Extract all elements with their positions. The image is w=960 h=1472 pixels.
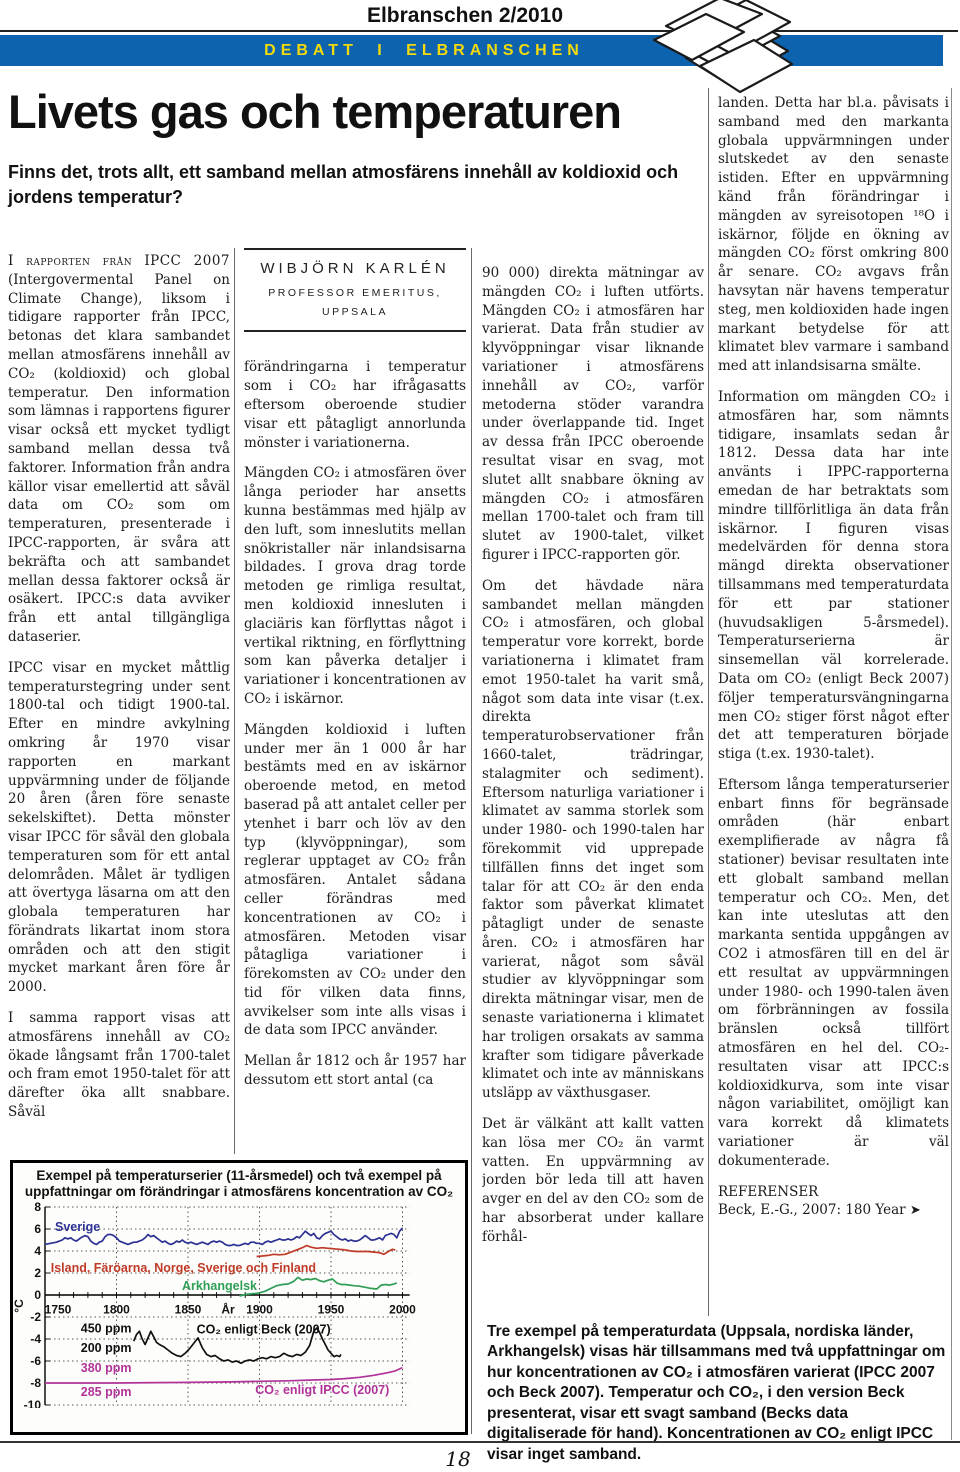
flying-papers-icon (648, 0, 803, 96)
svg-text:1850: 1850 (175, 1303, 202, 1317)
svg-text:1800: 1800 (103, 1303, 130, 1317)
lead-in: I rapporten från IPCC 2007 (8, 253, 230, 269)
paragraph: Mellan år 1812 och år 1957 har dessutom … (244, 1052, 466, 1090)
paragraph: IPCC visar en mycket måttlig temperaturs… (8, 659, 230, 997)
column-rule-1 (234, 248, 235, 1154)
body-column-1: I rapporten från IPCC 2007 (Intergoverme… (8, 252, 230, 1152)
svg-text:-6: -6 (30, 1354, 41, 1368)
byline-place: UPPSALA (244, 303, 466, 322)
svg-text:285 ppm: 285 ppm (81, 1386, 132, 1400)
page-number: 18 (0, 1447, 916, 1471)
reference-entry: Beck, E.-G., 2007: 180 Year ➤ (718, 1201, 949, 1221)
svg-text:2: 2 (34, 1266, 41, 1280)
chart-plot: 86420-2-4-6-8-10175018001850190019502000… (13, 1200, 459, 1408)
body-column-3: 90 000) direkta mätningar av mängden CO₂… (482, 252, 704, 1316)
article-title: Livets gas och temperaturen (8, 84, 621, 139)
paragraph: Information om mängden CO₂ i atmosfären … (718, 388, 949, 764)
column-rule-3 (708, 88, 709, 1316)
svg-text:-10: -10 (24, 1398, 42, 1408)
bottom-rule (0, 1441, 960, 1443)
byline-name: WIBJÖRN KARLÉN (244, 260, 466, 279)
paragraph: Eftersom långa temperaturserier enbart f… (718, 776, 949, 1171)
body-column-4: landen. Detta har bl.a. påvisats i samba… (718, 94, 949, 1318)
svg-text:Sverige: Sverige (55, 1221, 100, 1235)
svg-text:2000: 2000 (389, 1303, 416, 1317)
paragraph: landen. Detta har bl.a. påvisats i samba… (718, 94, 949, 376)
paragraph: Det är välkänt att kallt vatten kan lösa… (482, 1115, 704, 1247)
svg-text:-2: -2 (30, 1310, 41, 1324)
debate-banner-label: DEBATT I ELBRANSCHEN (264, 42, 584, 60)
paragraph: I samma rapport visas att atmosfärens in… (8, 1009, 230, 1122)
svg-text:200 ppm: 200 ppm (81, 1342, 132, 1356)
svg-text:Arkhangelsk: Arkhangelsk (182, 1279, 257, 1293)
svg-text:380 ppm: 380 ppm (81, 1361, 132, 1375)
svg-text:4: 4 (34, 1244, 41, 1258)
svg-text:°C: °C (13, 1299, 26, 1313)
svg-text:1750: 1750 (45, 1303, 72, 1317)
continued-arrow-icon: ➤ (910, 1203, 921, 1218)
issue-label: Elbranschen 2/2010 (367, 4, 563, 27)
svg-text:450 ppm: 450 ppm (81, 1322, 132, 1336)
masthead-rule (0, 30, 958, 32)
figure-caption: Tre exempel på temperaturdata (Uppsala, … (487, 1322, 947, 1465)
chart-title: Exempel på temperaturserier (11-årsmedel… (24, 1168, 454, 1200)
paragraph: Om det hävdade nära sambandet mellan män… (482, 577, 704, 1103)
byline-box: WIBJÖRN KARLÉN PROFESSOR EMERITUS, UPPSA… (244, 248, 466, 332)
paragraph: I rapporten från IPCC 2007 (Intergoverme… (8, 252, 230, 647)
svg-text:0: 0 (34, 1288, 41, 1302)
body-column-2: WIBJÖRN KARLÉN PROFESSOR EMERITUS, UPPSA… (244, 248, 466, 1154)
svg-text:CO₂ enligt Beck (2007): CO₂ enligt Beck (2007) (197, 1323, 331, 1337)
paragraph: förändringarna i temperatur som i CO₂ ha… (244, 358, 466, 452)
column-rule-2 (471, 248, 472, 1434)
paragraph: Mängden CO₂ i atmosfären över långa peri… (244, 464, 466, 708)
svg-text:Island, Färöarna, Norge, Sveri: Island, Färöarna, Norge, Sverige och Fin… (51, 1261, 316, 1275)
svg-text:-4: -4 (30, 1332, 41, 1346)
svg-text:-8: -8 (30, 1376, 41, 1390)
paragraph: 90 000) direkta mätningar av mängden CO₂… (482, 264, 704, 565)
magazine-page: Elbranschen 2/2010 DEBATT I ELBRANSCHEN … (0, 0, 960, 1472)
svg-text:1950: 1950 (318, 1303, 345, 1317)
svg-text:6: 6 (34, 1222, 41, 1236)
svg-text:År: År (221, 1302, 235, 1317)
standfirst: Finns det, trots allt, ett samband mella… (8, 160, 708, 210)
references-heading: REFERENSER (718, 1183, 949, 1202)
byline-role: PROFESSOR EMERITUS, (244, 284, 466, 303)
paragraph: Mängden koldioxid i luften under mer än … (244, 721, 466, 1041)
svg-text:8: 8 (34, 1200, 41, 1214)
temperature-co2-chart: Exempel på temperaturserier (11-årsmedel… (10, 1160, 468, 1435)
svg-text:CO₂ enligt IPCC (2007): CO₂ enligt IPCC (2007) (255, 1383, 389, 1397)
page-edge-rule (951, 88, 952, 1440)
svg-text:1900: 1900 (246, 1303, 273, 1317)
